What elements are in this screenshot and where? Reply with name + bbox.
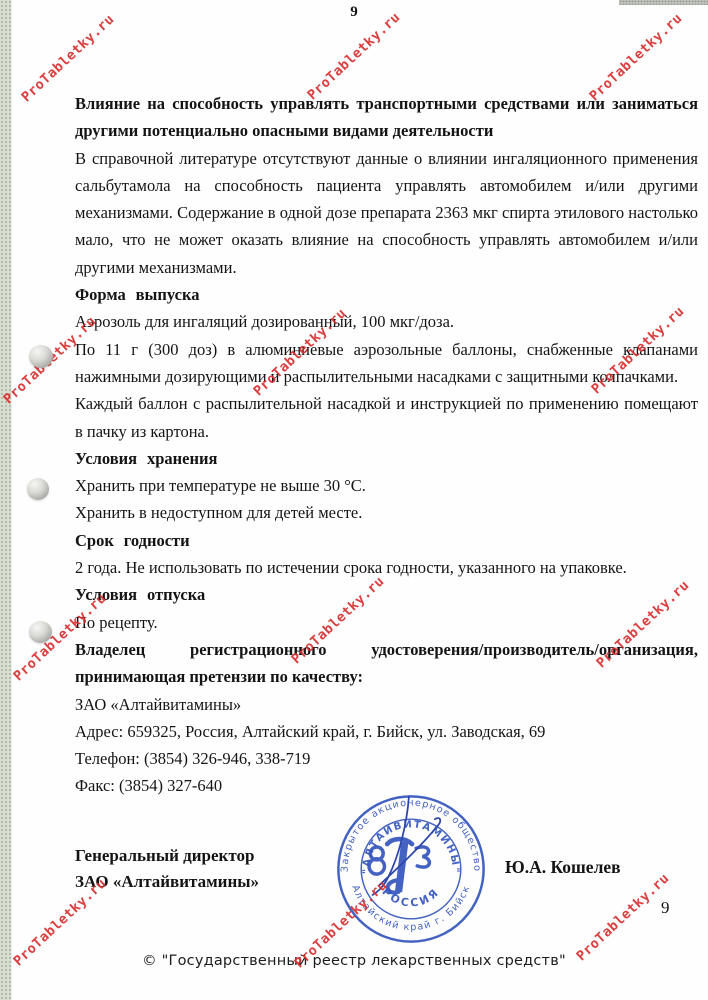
- watermark: ProTabletky.ru: [573, 870, 673, 965]
- body-paragraph: Хранить при температуре не выше 30 °С.: [75, 472, 698, 499]
- body-paragraph: Хранить в недоступном для детей месте.: [75, 499, 698, 526]
- body-paragraph: Адрес: 659325, Россия, Алтайский край, г…: [75, 718, 698, 745]
- signatory-title-line: Генеральный директор: [75, 843, 259, 869]
- body-paragraph: В справочной литературе отсутствуют данн…: [75, 145, 698, 281]
- body-paragraph: Каждый баллон с распылительной насадкой …: [75, 390, 698, 445]
- hole-punch-dot-icon: [29, 621, 52, 643]
- copyright-footer: © "Государственный реестр лекарственных …: [0, 953, 708, 969]
- stamp-outer-ring: [338, 796, 483, 941]
- svg-text:Закрытое акционерное общество: Закрытое акционерное общество: [340, 798, 483, 873]
- body-paragraph: ЗАО «Алтайвитамины»: [75, 691, 698, 718]
- section-heading: Условия хранения: [75, 445, 698, 472]
- stamp-top-arc-text: Закрытое акционерное общество: [340, 798, 483, 873]
- body-paragraph: 2 года. Не использовать по истечении сро…: [75, 554, 698, 581]
- page-number-bottom: 9: [661, 898, 670, 918]
- document-body: Влияние на способность управлять транспо…: [75, 90, 698, 800]
- scanned-document-page: 9 9 Влияние на способность управлять тра…: [0, 0, 708, 1000]
- body-paragraph: Телефон: (3854) 326-946, 338-719: [75, 745, 698, 772]
- body-paragraph: По рецепту.: [75, 609, 698, 636]
- hole-punch-dot-icon: [27, 478, 49, 500]
- scan-edge-strip: [0, 0, 12, 1000]
- body-paragraph: Аэрозоль для ингаляций дозированный, 100…: [75, 308, 698, 335]
- hole-punch-dot-icon: [29, 345, 53, 368]
- signatory-name: Ю.А. Кошелев: [505, 857, 621, 878]
- company-stamp: Закрытое акционерное общество Алтайский …: [328, 786, 494, 952]
- section-heading: Срок годности: [75, 527, 698, 554]
- section-heading: Форма выпуска: [75, 281, 698, 308]
